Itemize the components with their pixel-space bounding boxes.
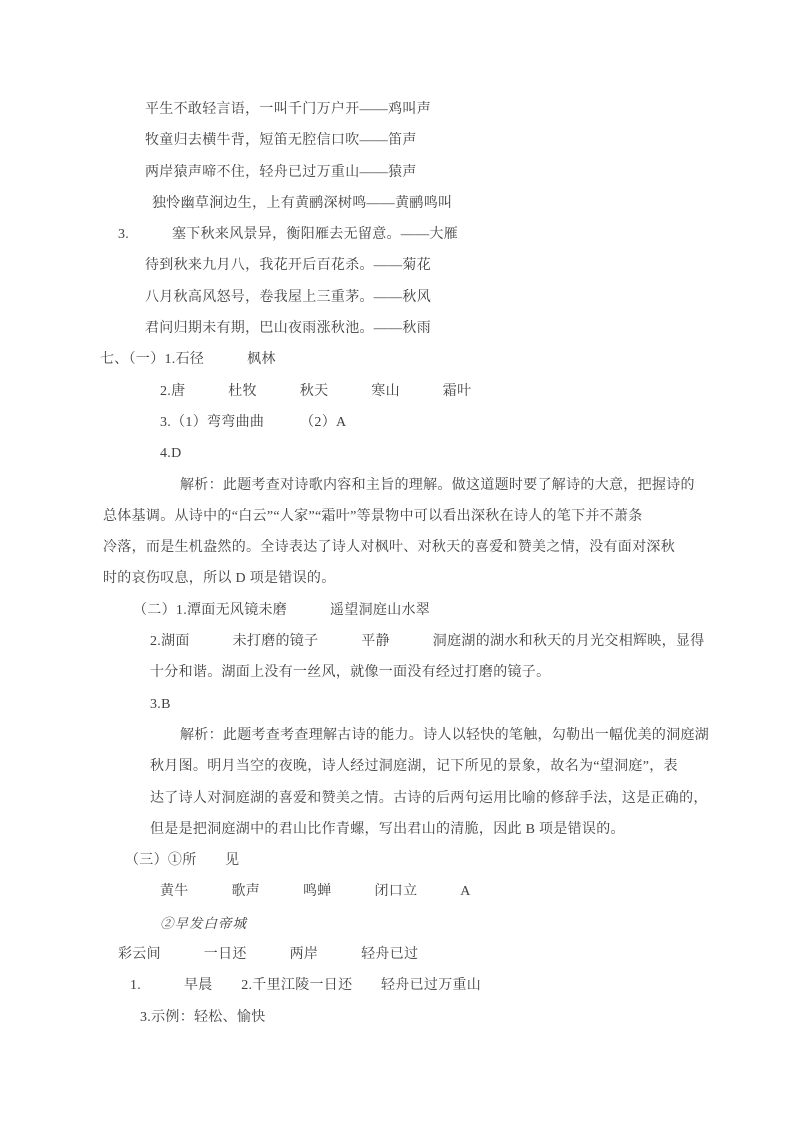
text-line: 牧童归去横牛背，短笛无腔信口吹——笛声 [0, 125, 793, 156]
text-line: 独怜幽草涧边生，上有黄鹂深树鸣——黄鹂鸣叫 [0, 188, 793, 219]
text-line: 彩云间 一日还 两岸 轻舟已过 [0, 939, 793, 970]
text-line: 3.B [0, 689, 793, 720]
text-line: 黄牛 歌声 鸣蝉 闭口立 A [0, 876, 793, 907]
text-line: 3.（1）弯弯曲曲 （2）A [0, 407, 793, 438]
analysis-line: 达了诗人对洞庭湖的喜爱和赞美之情。古诗的后两句运用比喻的修辞手法，这是正确的， [0, 783, 793, 814]
analysis-line: 但是是把洞庭湖中的君山比作青螺，写出君山的清脆，因此 B 项是错误的。 [0, 814, 793, 845]
text-line: 4.D [0, 438, 793, 469]
answer-sheet-page: 平生不敢轻言语，一叫千门万户开——鸡叫声 牧童归去横牛背，短笛无腔信口吹——笛声… [0, 0, 793, 1122]
section-heading-line: （三）①所 见 [0, 845, 793, 876]
section-heading-line: 七、（一）1.石径 枫林 [0, 344, 793, 375]
text-line: 3.示例：轻松、愉快 [0, 1002, 793, 1033]
text-line: 八月秋高风怒号，卷我屋上三重茅。——秋风 [0, 282, 793, 313]
analysis-line: 解析：此题考查考查理解古诗的能力。诗人以轻快的笔触，勾勒出一幅优美的洞庭湖 [0, 720, 793, 751]
poem-title-line: ②早发白帝城 [0, 908, 793, 939]
analysis-line: 秋月图。明月当空的夜晚，诗人经过洞庭湖，记下所见的景象，故名为“望洞庭”，表 [0, 751, 793, 782]
text-line: 1. 早晨 2.千里江陵一日还 轻舟已过万重山 [0, 970, 793, 1001]
text-line: 两岸猿声啼不住，轻舟已过万重山——猿声 [0, 157, 793, 188]
text-line: 君问归期未有期，巴山夜雨涨秋池。——秋雨 [0, 313, 793, 344]
text-line: 2.湖面 未打磨的镜子 平静 洞庭湖的湖水和秋天的月光交相辉映，显得 [0, 626, 793, 657]
section-heading-line: （二）1.潭面无风镜未磨 遥望洞庭山水翠 [0, 595, 793, 626]
text-line: 3. 塞下秋来风景异，衡阳雁去无留意。——大雁 [0, 219, 793, 250]
text-line: 待到秋来九月八，我花开后百花杀。——菊花 [0, 250, 793, 281]
analysis-line: 时的哀伤叹息，所以 D 项是错误的。 [0, 563, 793, 594]
text-line: 2.唐 杜牧 秋天 寒山 霜叶 [0, 376, 793, 407]
analysis-line: 总体基调。从诗中的“白云”“人家”“霜叶”等景物中可以看出深秋在诗人的笔下并不萧… [0, 501, 793, 532]
text-line: 平生不敢轻言语，一叫千门万户开——鸡叫声 [0, 94, 793, 125]
text-line: 十分和谐。湖面上没有一丝风，就像一面没有经过打磨的镜子。 [0, 657, 793, 688]
analysis-line: 解析：此题考查对诗歌内容和主旨的理解。做这道题时要了解诗的大意，把握诗的 [0, 470, 793, 501]
analysis-line: 冷落，而是生机盎然的。全诗表达了诗人对枫叶、对秋天的喜爱和赞美之情，没有面对深秋 [0, 532, 793, 563]
